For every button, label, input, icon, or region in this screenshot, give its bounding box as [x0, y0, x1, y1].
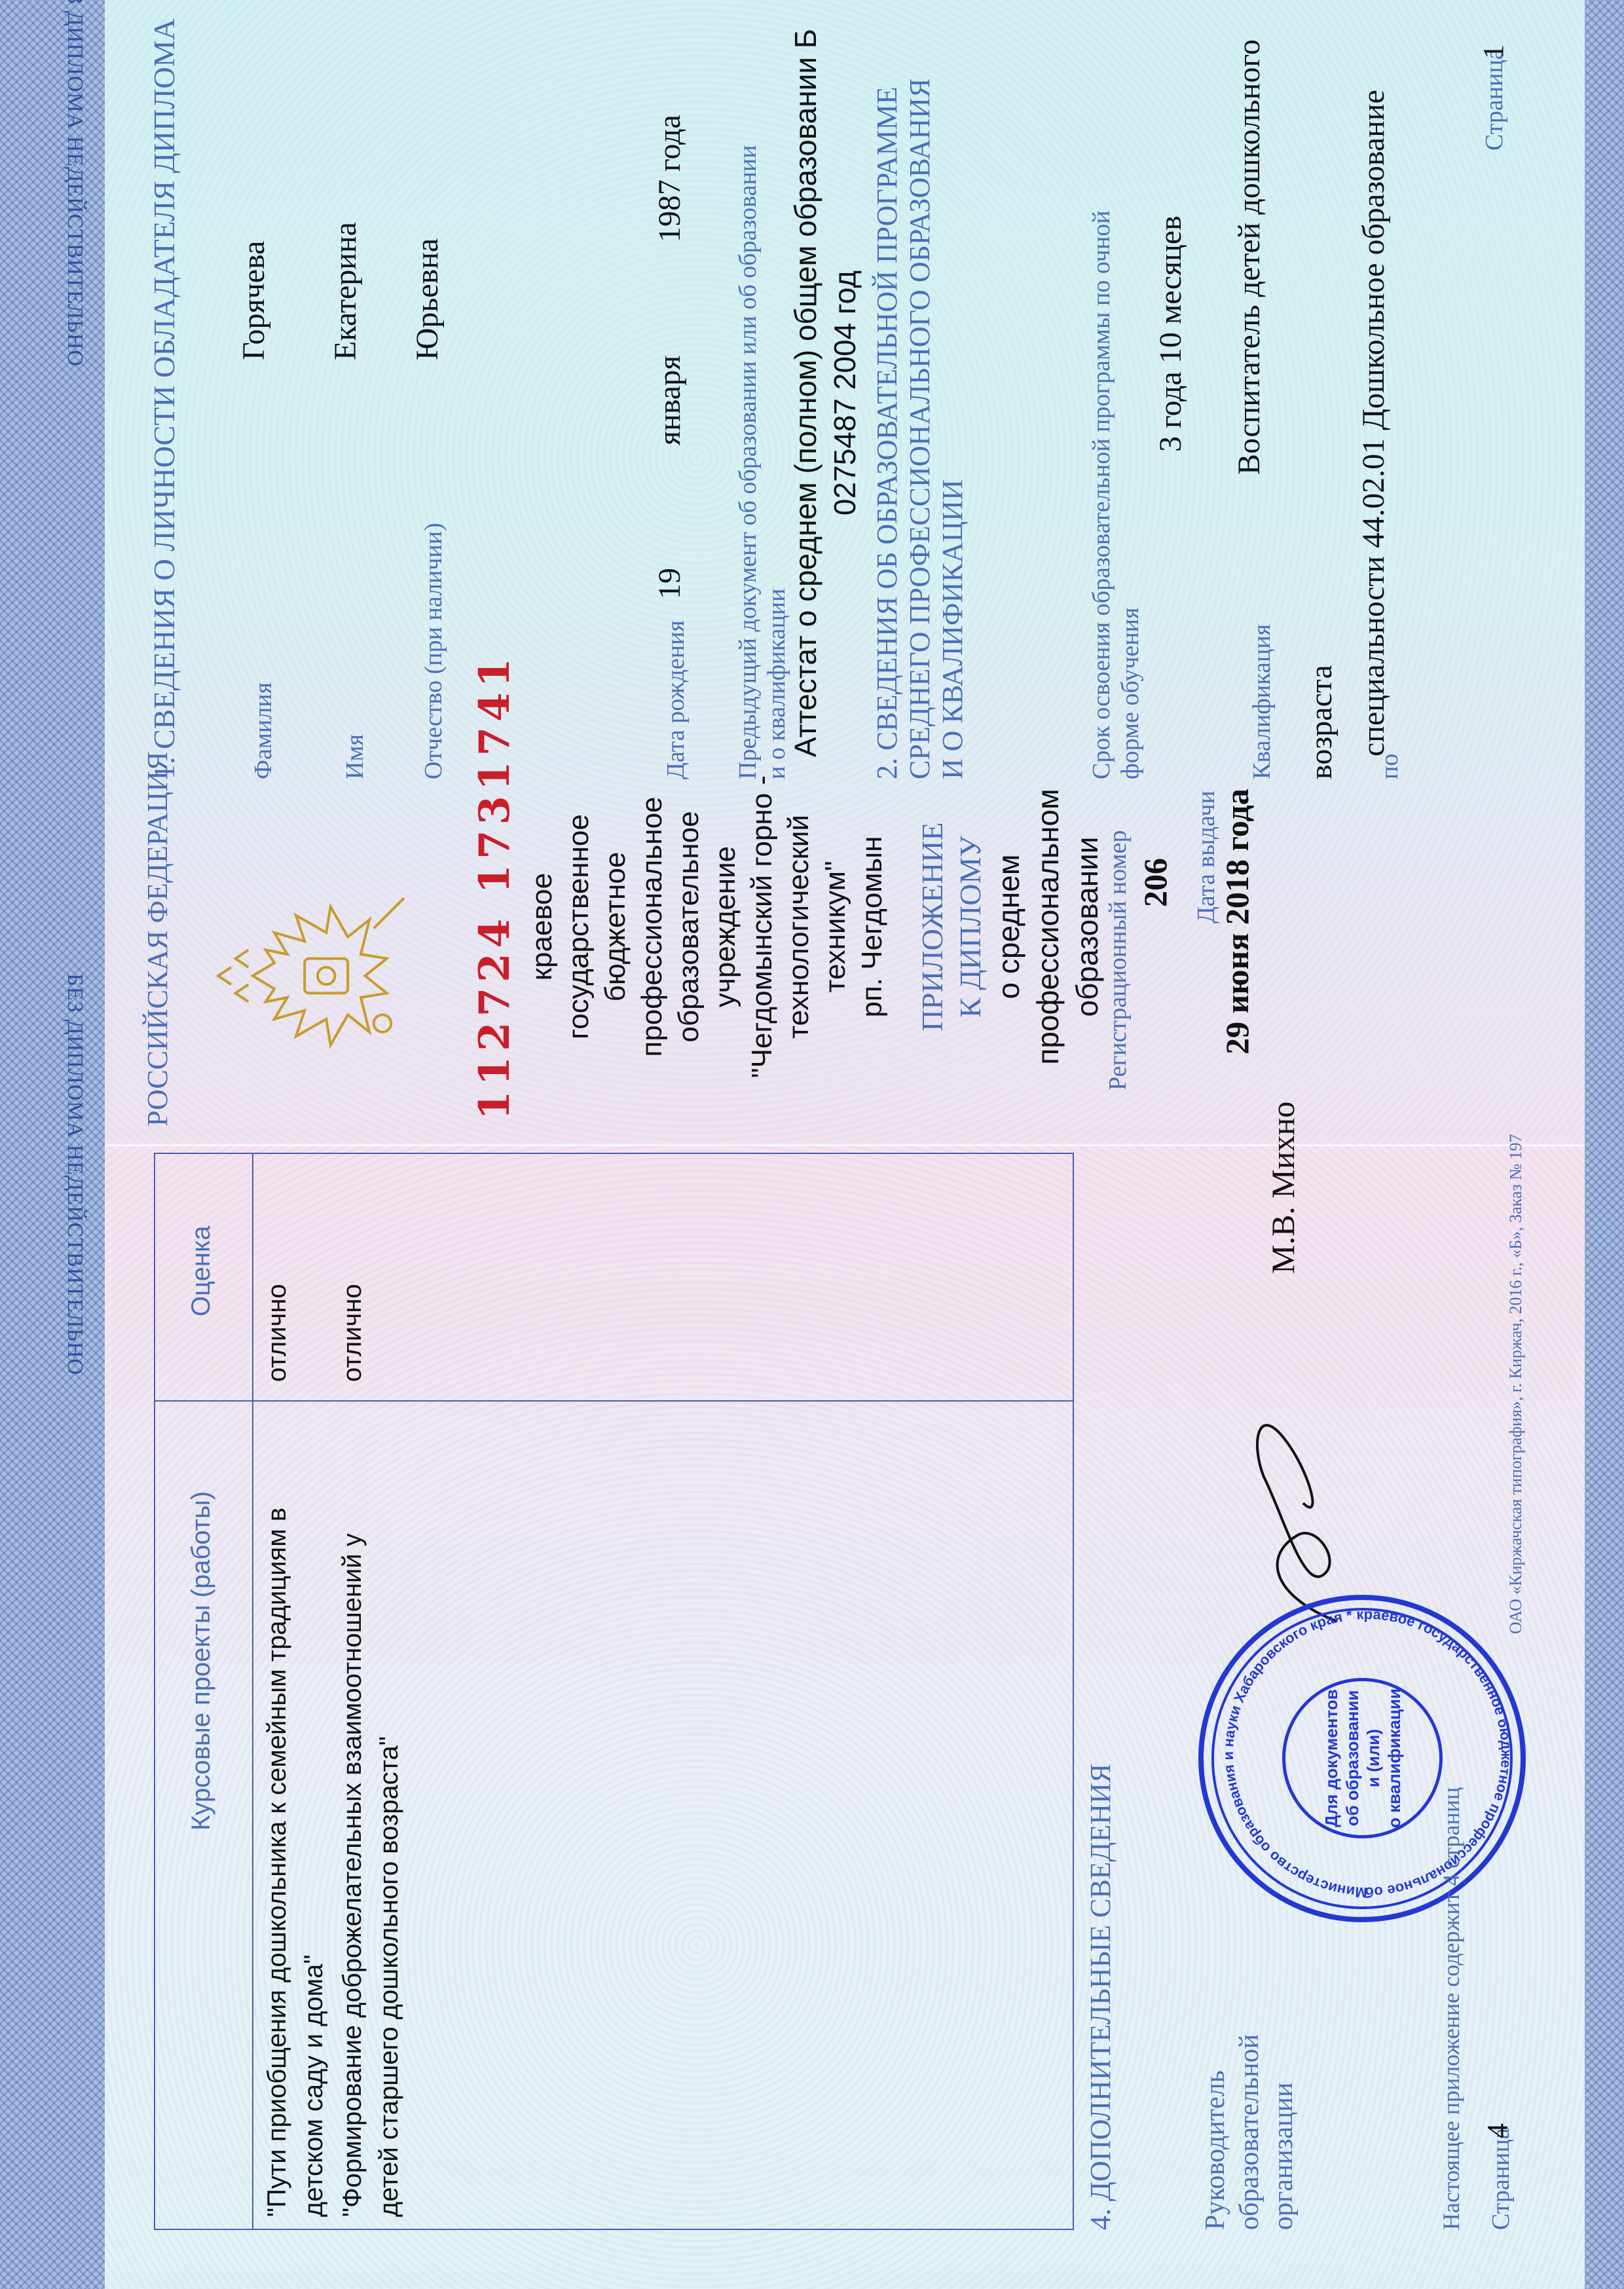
diploma-appendix-sheet: БЕЗ ДИПЛОМА НЕДЕЙСТВИТЕЛЬНО БЕЗ ДИПЛОМА … [0, 0, 1624, 2289]
banner-right: БЕЗ ДИПЛОМА НЕДЕЙСТВИТЕЛЬНО [62, 0, 87, 367]
head-label-line: образовательной [1232, 2034, 1266, 2230]
section-2-title-line: 2. СВЕДЕНИЯ ОБ ОБРАЗОВАТЕЛЬНОЙ ПРОГРАММЕ [871, 79, 904, 779]
stamp-inner-text: Для документов об образовании и (или) о … [1282, 1678, 1443, 1838]
birth-date-label: Дата рождения [661, 620, 690, 779]
section-4-title: 4. ДОПОЛНИТЕЛЬНЫЕ СВЕДЕНИЯ [1084, 1764, 1118, 2230]
prev-doc-value: Аттестат о среднем (полном) общем образо… [786, 7, 864, 779]
qualification-label: Квалификация [1247, 624, 1276, 779]
section-2-title-line: И О КВАЛИФИКАЦИИ [936, 79, 969, 779]
table-row-1-grade: отлично [259, 1284, 295, 1382]
issue-date-label: Дата выдачи [1192, 791, 1221, 923]
org-line: технологический [781, 743, 817, 1110]
birth-day: 19 [652, 568, 688, 599]
name-label: Имя [341, 734, 369, 779]
banner-left: БЕЗ ДИПЛОМА НЕДЕЙСТВИТЕЛЬНО [62, 973, 87, 1375]
qualification-value-line2: возраста [1303, 665, 1339, 779]
appendix-title-line: К ДИПЛОМУ [951, 789, 989, 1064]
page-label: Страница [1480, 48, 1509, 151]
org-line: учреждение [707, 743, 744, 1110]
issue-date: 29 июня 2018 года [1218, 789, 1256, 1054]
head-label-line: организации [1266, 2034, 1301, 2230]
row-title-line: детей старшего дошкольного возраста" [371, 1411, 407, 2217]
diploma-type-line: о среднем [989, 750, 1028, 1104]
stamp-inner-line: о квалификации [1384, 1688, 1405, 1828]
name-value: Екатерина [327, 222, 363, 360]
guilloche-border-bottom [1581, 0, 1624, 2289]
specialty-value: специальности 44.02.01 Дошкольное образо… [1356, 90, 1392, 756]
printer-info: ОАО «Киржачская типография», г. Киржач, … [1506, 1134, 1526, 1634]
diploma-type-line: профессиональном [1028, 750, 1067, 1104]
birth-year: 1987 года [652, 115, 688, 242]
section-2-title: 2. СВЕДЕНИЯ ОБ ОБРАЗОВАТЕЛЬНОЙ ПРОГРАММЕ… [871, 79, 969, 779]
table-row-2-grade: отлично [334, 1284, 371, 1382]
table-header-divider [252, 1153, 253, 2230]
duration-value: 3 года 10 месяцев [1153, 215, 1189, 452]
org-line: профессиональное [634, 743, 671, 1110]
head-label: Руководитель образовательной организации [1198, 2034, 1301, 2230]
organization-name: краевое государственное бюджетное профес… [524, 743, 891, 1110]
duration-label-line: Срок освоения образовательной программы … [1087, 210, 1116, 779]
prev-doc-line: Аттестат о среднем (полном) общем образо… [786, 7, 825, 779]
stamp-inner-line: об образовании [1342, 1688, 1363, 1828]
org-line: рп. Чегдомын [854, 743, 891, 1110]
page-number: 4 [1480, 2123, 1515, 2138]
stamp-inner-line: Для документов [1321, 1688, 1342, 1828]
specialty-prefix: по [1375, 754, 1404, 779]
org-line: образовательное [671, 743, 707, 1110]
reg-number-label: Регистрационный номер [1103, 830, 1132, 1090]
prev-doc-label: Предыдущий документ об образовании или о… [733, 145, 791, 779]
duration-label: Срок освоения образовательной программы … [1087, 210, 1145, 779]
head-name: М.В. Михно [1264, 1102, 1302, 1274]
table-row-1-title: "Пути приобщения дошкольника к семейным … [259, 1411, 332, 2217]
serial-number: 112724 1731741 [470, 653, 519, 1120]
org-line: техникум" [817, 743, 854, 1110]
org-line: "Чегдомынский горно - [744, 743, 781, 1110]
head-label-line: Руководитель [1198, 2034, 1232, 2230]
appendix-title-line: ПРИЛОЖЕНИЕ [913, 789, 951, 1064]
section-1-title: 1. СВЕДЕНИЯ О ЛИЧНОСТИ ОБЛАДАТЕЛЯ ДИПЛОМ… [147, 18, 181, 779]
diploma-type-line: образовании [1067, 750, 1107, 1104]
table-header-grade: Оценка [187, 1225, 216, 1316]
patronymic-label: Отчество (при наличии) [419, 523, 448, 779]
diploma-type: о среднем профессиональном образовании [989, 750, 1107, 1104]
guilloche-border-top [0, 0, 111, 2289]
patronymic-value: Юрьевна [409, 238, 445, 360]
duration-label-line: форме обучения [1116, 210, 1145, 779]
table-row-2-title: "Формирование доброжелательных взаимоотн… [334, 1411, 407, 2217]
page-number: 1 [1477, 45, 1510, 59]
page-label: Страница [1486, 2128, 1515, 2230]
qualification-value-line1: Воспитатель детей дошкольного [1231, 39, 1267, 475]
stamp-inner-line: и (или) [1363, 1688, 1384, 1828]
birth-month: января [652, 356, 688, 445]
prev-doc-line: 0275487 2004 год [825, 7, 864, 779]
row-title-line: детском саду и дома" [295, 1411, 332, 2217]
section-2-title-line: СРЕДНЕГО ПРОФЕССИОНАЛЬНОГО ОБРАЗОВАНИЯ [904, 79, 936, 779]
org-line: краевое [524, 743, 561, 1110]
country-label: РОССИЙСКАЯ ФЕДЕРАЦИЯ [141, 752, 174, 1126]
footer-note: Настоящее приложение содержит 4 страниц [1437, 1787, 1465, 2230]
table-column-divider [154, 1400, 1074, 1402]
row-title-line: "Пути приобщения дошкольника к семейным … [259, 1411, 295, 2217]
prev-doc-label-line: Предыдущий документ об образовании или о… [733, 145, 762, 779]
org-line: государственное [561, 743, 597, 1110]
surname-label: Фамилия [249, 682, 278, 779]
official-stamp: Министерство образования и науки Хабаров… [1198, 1595, 1526, 1922]
reg-number: 206 [1136, 858, 1174, 907]
row-title-line: "Формирование доброжелательных взаимоотн… [334, 1411, 371, 2217]
appendix-title: ПРИЛОЖЕНИЕ К ДИПЛОМУ [913, 789, 989, 1064]
surname-value: Горячева [236, 241, 272, 360]
coat-of-arms-icon [210, 868, 426, 1084]
org-line: бюджетное [597, 743, 634, 1110]
table-header-coursework: Курсовые проекты (работы) [187, 1491, 216, 1831]
